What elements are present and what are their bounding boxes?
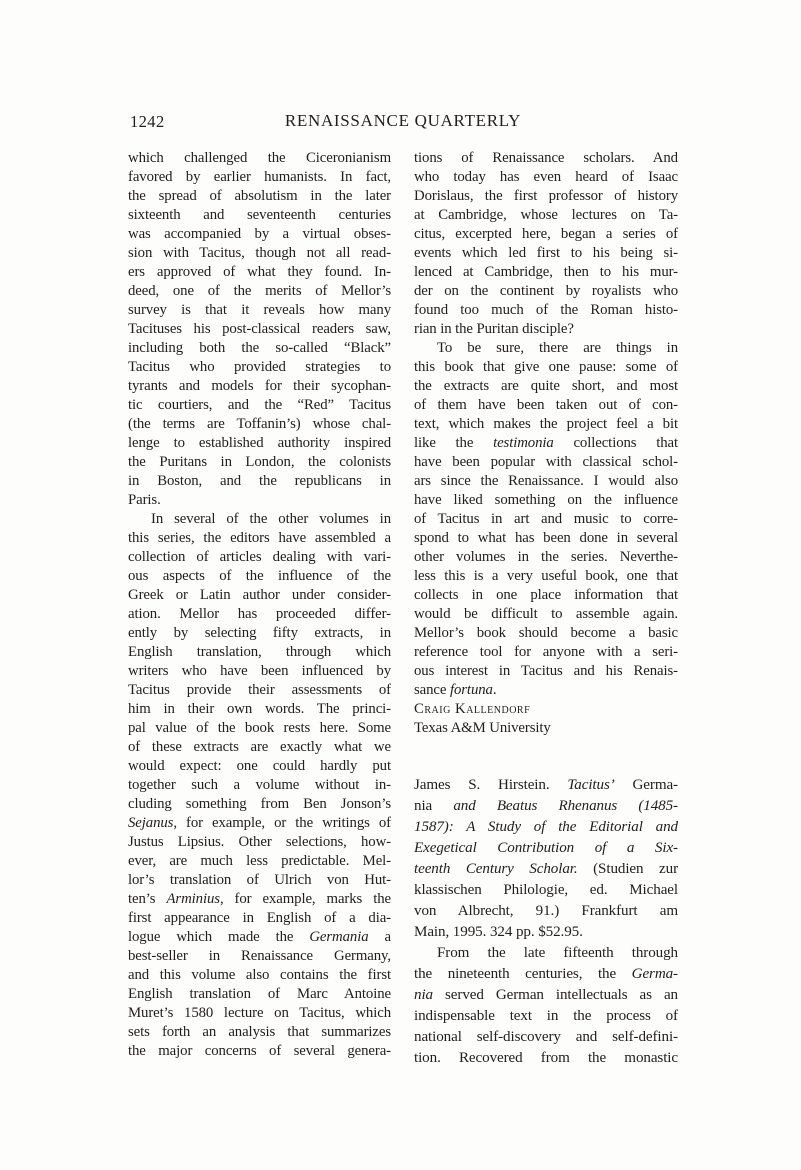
text-line: was accompanied by a virtual obses- xyxy=(128,225,391,244)
text-line: Tacituses his post-classical readers saw… xyxy=(128,320,391,339)
text-segment: logue which made the xyxy=(128,929,309,945)
text-line: together such a volume without in- xyxy=(128,776,391,795)
text-segment: first appearance in English of a dia- xyxy=(128,910,391,926)
text-segment: together such a volume without in- xyxy=(128,777,391,793)
text-line: nia served German intellectuals as an xyxy=(414,985,678,1006)
text-line: tion. Recovered from the monastic xyxy=(414,1048,678,1069)
text-line: Tacitus provide their assessments of xyxy=(128,681,391,700)
text-line: Muret’s 1580 lecture on Tacitus, which xyxy=(128,1004,391,1023)
text-line: other volumes in the series. Neverthe- xyxy=(414,548,678,567)
text-segment: would be difficult to assemble again. xyxy=(414,606,678,622)
text-line: this series, the editors have assembled … xyxy=(128,529,391,548)
text-segment: Tacituses his post-classical readers saw… xyxy=(128,321,391,337)
text-segment: the nineteenth centuries, the xyxy=(414,966,632,982)
text-line: who today has even heard of Isaac xyxy=(414,168,678,187)
text-line: of them have been taken out of con- xyxy=(414,396,678,415)
italic-text-segment: teenth Century Scholar. xyxy=(414,861,578,877)
text-segment: ever, are much less predictable. Mel- xyxy=(128,853,391,869)
text-segment: lenge to established authority inspired xyxy=(128,435,391,451)
text-block: tions of Renaissance scholars. Andwho to… xyxy=(414,149,678,738)
text-line: would be difficult to assemble again. xyxy=(414,605,678,624)
text-line: reference tool for anyone with a seri- xyxy=(414,643,678,662)
right-column: tions of Renaissance scholars. Andwho to… xyxy=(414,149,678,1069)
text-segment: the extracts are quite short, and most xyxy=(414,378,678,394)
text-line: James S. Hirstein. Tacitus’ Germa- xyxy=(414,775,678,796)
text-segment: collects in one place information that xyxy=(414,587,678,603)
text-line: the major concerns of several genera- xyxy=(128,1042,391,1061)
text-line: ently by selecting fifty extracts, in xyxy=(128,624,391,643)
text-line: pal value of the book rests here. Some xyxy=(128,719,391,738)
text-segment: would expect: one could hardly put xyxy=(128,758,391,774)
text-line: sance fortuna. xyxy=(414,681,678,700)
text-line: sixteenth and seventeenth centuries xyxy=(128,206,391,225)
text-line: lenced at Cambridge, then to his mur- xyxy=(414,263,678,282)
text-line: ation. Mellor has proceeded differ- xyxy=(128,605,391,624)
text-line: der on the continent by royalists who xyxy=(414,282,678,301)
text-segment: Paris. xyxy=(128,492,161,508)
text-line: English translation, through which xyxy=(128,643,391,662)
text-segment: less this is a very useful book, one tha… xyxy=(414,568,678,584)
text-segment: have been popular with classical schol- xyxy=(414,454,678,470)
italic-text-segment: and Beatus Rhenanus (1485- xyxy=(453,798,678,814)
text-line: the extracts are quite short, and most xyxy=(414,377,678,396)
text-line: 1587): A Study of the Editorial and xyxy=(414,817,678,838)
text-line: writers who have been influenced by xyxy=(128,662,391,681)
text-line: Justus Lipsius. Other selections, how- xyxy=(128,833,391,852)
text-line: ars since the Renaissance. I would also xyxy=(414,472,678,491)
text-segment: tion. Recovered from the monastic xyxy=(414,1050,678,1066)
text-segment: writers who have been influenced by xyxy=(128,663,391,679)
text-segment: James S. Hirstein. xyxy=(414,777,567,793)
text-line: (the terms are Toffanin’s) whose chal- xyxy=(128,415,391,434)
text-segment: (Studien zur xyxy=(578,861,678,877)
text-line: have been popular with classical schol- xyxy=(414,453,678,472)
text-line: rian in the Puritan disciple? xyxy=(414,320,678,339)
text-line: events which led first to his being si- xyxy=(414,244,678,263)
text-segment: , for example, or the writings of xyxy=(173,815,391,831)
text-line: logue which made the Germania a xyxy=(128,928,391,947)
italic-text-segment: Tacitus’ xyxy=(567,777,614,793)
text-line: of Tacitus in art and music to corre- xyxy=(414,510,678,529)
text-line: Exegetical Contribution of a Six- xyxy=(414,838,678,859)
text-line: ers approved of what they found. In- xyxy=(128,263,391,282)
text-segment: sixteenth and seventeenth centuries xyxy=(128,207,391,223)
text-segment: lor’s translation of Ulrich von Hut- xyxy=(128,872,391,888)
text-segment: including both the so-called “Black” xyxy=(128,340,391,356)
text-segment: events which led first to his being si- xyxy=(414,245,678,261)
text-line: Paris. xyxy=(128,491,391,510)
text-segment: sance xyxy=(414,682,450,698)
text-line: indispensable text in the process of xyxy=(414,1006,678,1027)
text-segment: cluding something from Ben Jonson’s xyxy=(128,796,391,812)
text-line: favored by earlier humanists. In fact, xyxy=(128,168,391,187)
text-segment: ars since the Renaissance. I would also xyxy=(414,473,678,489)
text-segment: spond to what has been done in several xyxy=(414,530,678,546)
text-segment: this book that give one pause: some of xyxy=(414,359,678,375)
text-line: klassischen Philologie, ed. Michael xyxy=(414,880,678,901)
text-segment: tic courtiers, and the “Red” Tacitus xyxy=(128,397,391,413)
text-segment: From the late fifteenth through xyxy=(437,945,678,961)
text-segment: was accompanied by a virtual obses- xyxy=(128,226,391,242)
text-line: national self-discovery and self-defini- xyxy=(414,1027,678,1048)
text-segment: Main, 1995. 324 pp. $52.95. xyxy=(414,924,583,940)
text-line: text, which makes the project feel a bit xyxy=(414,415,678,434)
text-segment: who today has even heard of Isaac xyxy=(414,169,678,185)
text-block: James S. Hirstein. Tacitus’ Germa-nia an… xyxy=(414,775,678,1069)
text-line: Texas A&M University xyxy=(414,719,678,738)
text-line: Tacitus who provided strategies to xyxy=(128,358,391,377)
text-segment: Texas A&M University xyxy=(414,720,551,736)
italic-text-segment: Sejanus xyxy=(128,815,173,831)
text-segment: lenced at Cambridge, then to his mur- xyxy=(414,264,678,280)
text-segment: reference tool for anyone with a seri- xyxy=(414,644,678,660)
journal-title: RENAISSANCE QUARTERLY xyxy=(128,111,678,131)
text-segment: sion with Tacitus, though not all read- xyxy=(128,245,391,261)
text-segment: indispensable text in the process of xyxy=(414,1008,678,1024)
journal-scan-page: 1242 RENAISSANCE QUARTERLY which challen… xyxy=(0,0,801,1170)
text-segment: of them have been taken out of con- xyxy=(414,397,678,413)
text-line: citus, excerpted here, began a series of xyxy=(414,225,678,244)
italic-text-segment: Germania xyxy=(309,929,368,945)
text-line: English translation of Marc Antoine xyxy=(128,985,391,1004)
text-line: ous aspects of the influence of the xyxy=(128,567,391,586)
text-segment: Tacitus who provided strategies to xyxy=(128,359,391,375)
text-segment: favored by earlier humanists. In fact, xyxy=(128,169,391,185)
text-line: Craig Kallendorf xyxy=(414,700,678,719)
text-segment: von Albrecht, 91.) Frankfurt am xyxy=(414,903,678,919)
text-line: at Cambridge, whose lectures on Ta- xyxy=(414,206,678,225)
text-line: less this is a very useful book, one tha… xyxy=(414,567,678,586)
text-line: collection of articles dealing with vari… xyxy=(128,548,391,567)
text-segment: deed, one of the merits of Mellor’s xyxy=(128,283,391,299)
text-segment: text, which makes the project feel a bit xyxy=(414,416,678,432)
text-line: this book that give one pause: some of xyxy=(414,358,678,377)
text-segment: sets forth an analysis that summarizes xyxy=(128,1024,391,1040)
text-segment: this series, the editors have assembled … xyxy=(128,530,391,546)
text-segment: English translation of Marc Antoine xyxy=(128,986,391,1002)
text-segment: tions of Renaissance scholars. And xyxy=(414,150,678,166)
text-line: Dorislaus, the first professor of histor… xyxy=(414,187,678,206)
text-segment: ous aspects of the influence of the xyxy=(128,568,391,584)
text-line: the nineteenth centuries, the Germa- xyxy=(414,964,678,985)
text-line: lor’s translation of Ulrich von Hut- xyxy=(128,871,391,890)
text-segment: In several of the other volumes in xyxy=(151,511,391,527)
text-segment: Dorislaus, the first professor of histor… xyxy=(414,188,678,204)
text-line: ous interest in Tacitus and his Renais- xyxy=(414,662,678,681)
text-segment: klassischen Philologie, ed. Michael xyxy=(414,882,678,898)
text-segment: ous interest in Tacitus and his Renais- xyxy=(414,663,678,679)
text-line: in Boston, and the republicans in xyxy=(128,472,391,491)
text-segment: the major concerns of several genera- xyxy=(128,1043,391,1059)
italic-text-segment: Germa- xyxy=(632,966,678,982)
text-segment: Tacitus provide their assessments of xyxy=(128,682,391,698)
text-line: von Albrecht, 91.) Frankfurt am xyxy=(414,901,678,922)
text-line: and this volume also contains the first xyxy=(128,966,391,985)
text-segment: Justus Lipsius. Other selections, how- xyxy=(128,834,391,850)
text-line: Mellor’s book should become a basic xyxy=(414,624,678,643)
text-line: including both the so-called “Black” xyxy=(128,339,391,358)
text-segment: him in their own words. The princi- xyxy=(128,701,391,717)
text-segment: nia xyxy=(414,798,453,814)
text-line: cluding something from Ben Jonson’s xyxy=(128,795,391,814)
text-segment: rian in the Puritan disciple? xyxy=(414,321,574,337)
text-line: tyrants and models for their sycophan- xyxy=(128,377,391,396)
text-segment: in Boston, and the republicans in xyxy=(128,473,391,489)
text-line: tions of Renaissance scholars. And xyxy=(414,149,678,168)
text-segment: citus, excerpted here, began a series of xyxy=(414,226,678,242)
page-header: 1242 RENAISSANCE QUARTERLY xyxy=(128,111,678,133)
text-line: best-seller in Renaissance Germany, xyxy=(128,947,391,966)
text-segment: ation. Mellor has proceeded differ- xyxy=(128,606,391,622)
text-segment: tyrants and models for their sycophan- xyxy=(128,378,391,394)
text-line: like the testimonia collections that xyxy=(414,434,678,453)
text-line: sion with Tacitus, though not all read- xyxy=(128,244,391,263)
text-segment: survey is that it reveals how many xyxy=(128,302,391,318)
text-segment: other volumes in the series. Neverthe- xyxy=(414,549,678,565)
text-segment: der on the continent by royalists who xyxy=(414,283,678,299)
text-line: nia and Beatus Rhenanus (1485- xyxy=(414,796,678,817)
text-segment: have liked something on the influence xyxy=(414,492,678,508)
text-segment: like the xyxy=(414,435,493,451)
text-segment: national self-discovery and self-defini- xyxy=(414,1029,678,1045)
text-segment: . xyxy=(493,682,497,698)
text-segment: English translation, through which xyxy=(128,644,391,660)
text-line: first appearance in English of a dia- xyxy=(128,909,391,928)
text-line: survey is that it reveals how many xyxy=(128,301,391,320)
text-segment: Greek or Latin author under consider- xyxy=(128,587,391,603)
text-block: which challenged the Ciceronianismfavore… xyxy=(128,149,391,1061)
text-line: ever, are much less predictable. Mel- xyxy=(128,852,391,871)
smallcaps-text-segment: Craig Kallendorf xyxy=(414,701,530,717)
text-line: ten’s Arminius, for example, marks the xyxy=(128,890,391,909)
text-segment: ten’s xyxy=(128,891,166,907)
text-segment: the Puritans in London, the colonists xyxy=(128,454,391,470)
text-line: tic courtiers, and the “Red” Tacitus xyxy=(128,396,391,415)
text-line: found too much of the Roman histo- xyxy=(414,301,678,320)
text-line: of these extracts are exactly what we xyxy=(128,738,391,757)
text-line: collects in one place information that xyxy=(414,586,678,605)
text-line: him in their own words. The princi- xyxy=(128,700,391,719)
text-segment: at Cambridge, whose lectures on Ta- xyxy=(414,207,678,223)
text-segment: Mellor’s book should become a basic xyxy=(414,625,678,641)
text-line: would expect: one could hardly put xyxy=(128,757,391,776)
text-segment: Germa- xyxy=(615,777,678,793)
italic-text-segment: Arminius xyxy=(166,891,219,907)
italic-text-segment: 1587): A Study of the Editorial and xyxy=(414,819,678,835)
text-segment: best-seller in Renaissance Germany, xyxy=(128,948,391,964)
text-segment: of Tacitus in art and music to corre- xyxy=(414,511,678,527)
text-segment: which challenged the Ciceronianism xyxy=(128,150,391,166)
text-line: the spread of absolutism in the later xyxy=(128,187,391,206)
text-line: Sejanus, for example, or the writings of xyxy=(128,814,391,833)
text-line: sets forth an analysis that summarizes xyxy=(128,1023,391,1042)
text-line: which challenged the Ciceronianism xyxy=(128,149,391,168)
text-segment: ers approved of what they found. In- xyxy=(128,264,391,280)
left-column: which challenged the Ciceronianismfavore… xyxy=(128,149,391,1061)
italic-text-segment: Exegetical Contribution of a Six- xyxy=(414,840,678,856)
text-line: deed, one of the merits of Mellor’s xyxy=(128,282,391,301)
text-line: the Puritans in London, the colonists xyxy=(128,453,391,472)
text-segment: and this volume also contains the first xyxy=(128,967,391,983)
text-line: Greek or Latin author under consider- xyxy=(128,586,391,605)
text-segment: of these extracts are exactly what we xyxy=(128,739,391,755)
text-line: To be sure, there are things in xyxy=(414,339,678,358)
text-segment: Muret’s 1580 lecture on Tacitus, which xyxy=(128,1005,391,1021)
italic-text-segment: nia xyxy=(414,987,433,1003)
text-segment: , for example, marks the xyxy=(220,891,391,907)
text-segment: a xyxy=(369,929,391,945)
text-segment: found too much of the Roman histo- xyxy=(414,302,678,318)
text-line: lenge to established authority inspired xyxy=(128,434,391,453)
text-line: From the late fifteenth through xyxy=(414,943,678,964)
text-segment: ently by selecting fifty extracts, in xyxy=(128,625,391,641)
text-segment: (the terms are Toffanin’s) whose chal- xyxy=(128,416,391,432)
text-line: spond to what has been done in several xyxy=(414,529,678,548)
text-segment: the spread of absolutism in the later xyxy=(128,188,391,204)
text-line: Main, 1995. 324 pp. $52.95. xyxy=(414,922,678,943)
text-segment: collection of articles dealing with vari… xyxy=(128,549,391,565)
text-line: In several of the other volumes in xyxy=(128,510,391,529)
text-segment: served German intellectuals as an xyxy=(433,987,678,1003)
italic-text-segment: fortuna xyxy=(450,682,493,698)
italic-text-segment: testimonia xyxy=(493,435,554,451)
text-line: teenth Century Scholar. (Studien zur xyxy=(414,859,678,880)
text-segment: pal value of the book rests here. Some xyxy=(128,720,391,736)
text-line: have liked something on the influence xyxy=(414,491,678,510)
text-segment: collections that xyxy=(554,435,678,451)
text-segment: To be sure, there are things in xyxy=(437,340,678,356)
